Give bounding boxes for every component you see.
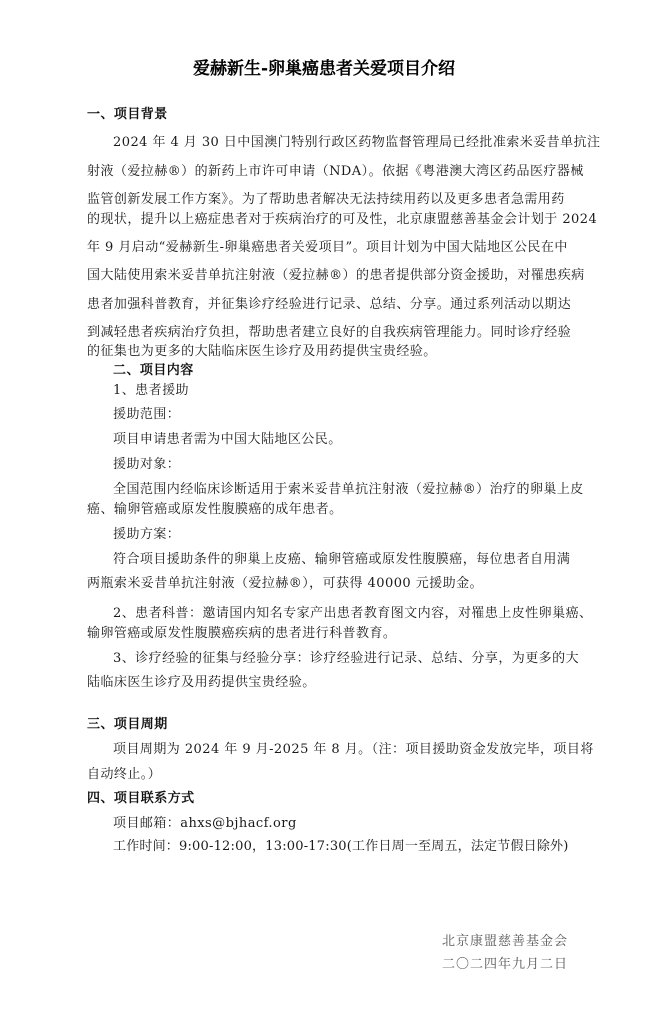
paragraph-line: 符合项目援助条件的卵巢上皮癌、输卵管癌或原发性腹膜癌，每位患者自用满 xyxy=(113,551,567,569)
signature-organization: 北京康盟慈善基金会 xyxy=(438,930,568,949)
section-heading-content: 二、项目内容 xyxy=(113,362,567,380)
paragraph-line: 射液（爱拉赫®）的新药上市许可申请（NDA）。依据《粤港澳大湾区药品医疗器械 xyxy=(87,163,567,181)
section-heading-background: 一、项目背景 xyxy=(87,106,567,124)
paragraph-line: 2、患者科普：邀请国内知名专家产出患者教育图文内容，对罹患上皮性卵巢癌、 xyxy=(113,605,567,623)
paragraph-line: 年 9 月启动“爱赫新生-卵巢癌患者关爱项目”。项目计划为中国大陆地区公民在中 xyxy=(87,239,567,257)
subsection-heading-patient-aid: 1、患者援助 xyxy=(113,382,567,400)
paragraph-line: 患者加强科普教育，并征集诊疗经验进行记录、总结、分享。通过系列活动以期达 xyxy=(87,296,567,314)
scope-label: 援助范围： xyxy=(113,406,567,424)
paragraph-line: 到减轻患者疾病治疗负担，帮助患者建立良好的自我疾病管理能力。同时诊疗经验 xyxy=(87,324,567,342)
document-title: 爱赫新生-卵巢癌患者关爱项目介绍 xyxy=(0,54,648,79)
paragraph-line: 自动终止。） xyxy=(87,766,567,784)
section-heading-period: 三、项目周期 xyxy=(87,716,567,734)
paragraph-line: 的现状，提升以上癌症患者对于疾病治疗的可及性，北京康盟慈善基金会计划于 2024 xyxy=(87,211,567,229)
paragraph-line: 两瓶索米妥昔单抗注射液（爱拉赫®），可获得 40000 元援助金。 xyxy=(87,575,567,593)
signature-date: 二〇二四年九月二日 xyxy=(438,953,568,972)
document-page: 爱赫新生-卵巢癌患者关爱项目介绍 一、项目背景 2024 年 4 月 30 日中… xyxy=(0,0,648,1024)
target-label: 援助对象： xyxy=(113,456,567,474)
paragraph-line: 国大陆使用索米妥昔单抗注射液（爱拉赫®）的患者提供部分资金援助，对罹患疾病 xyxy=(87,267,567,285)
contact-hours: 工作时间：9:00-12:00，13:00-17:30(工作日周一至周五，法定节… xyxy=(113,838,567,856)
paragraph-line: 3、诊疗经验的征集与经验分享：诊疗经验进行记录、总结、分享，为更多的大 xyxy=(113,650,567,668)
scope-text: 项目申请患者需为中国大陆地区公民。 xyxy=(113,431,567,449)
paragraph-line: 的征集也为更多的大陆临床医生诊疗及用药提供宝贵经验。 xyxy=(87,343,567,361)
paragraph-line: 输卵管癌或原发性腹膜癌疾病的患者进行科普教育。 xyxy=(87,625,567,643)
paragraph-line: 2024 年 4 月 30 日中国澳门特别行政区药物监督管理局已经批准索米妥昔单… xyxy=(113,134,567,152)
section-heading-contact: 四、项目联系方式 xyxy=(87,790,567,808)
contact-email: 项目邮箱：ahxs@bjhacf.org xyxy=(113,815,567,833)
paragraph-line: 全国范围内经临床诊断适用于索米妥昔单抗注射液（爱拉赫®）治疗的卵巢上皮 xyxy=(113,481,567,499)
paragraph-line: 监管创新发展工作方案》。为了帮助患者解决无法持续用药以及更多患者急需用药 xyxy=(87,191,567,209)
plan-label: 援助方案： xyxy=(113,526,567,544)
paragraph-line: 项目周期为 2024 年 9 月-2025 年 8 月。（注：项目援助资金发放完… xyxy=(113,741,567,759)
paragraph-line: 陆临床医生诊疗及用药提供宝贵经验。 xyxy=(87,674,567,692)
paragraph-line: 癌、输卵管癌或原发性腹膜癌的成年患者。 xyxy=(87,501,567,519)
